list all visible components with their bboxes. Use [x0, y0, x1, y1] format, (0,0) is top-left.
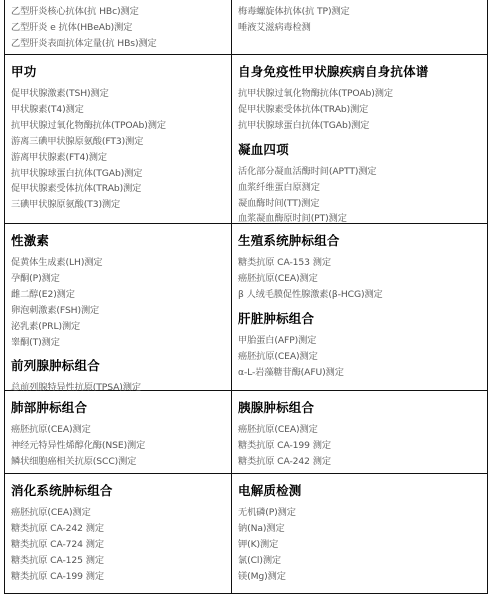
table-cell-pancreas-markers: 胰腺肿标组合 癌胚抗原(CEA)测定 糖类抗原 CA-199 测定 糖类抗原 C… [232, 391, 487, 473]
list-item: 游离三碘甲状腺原氨酸(FT3)测定 [11, 134, 225, 150]
list-item: β 人绒毛膜促性腺激素(β-HCG)测定 [238, 287, 481, 303]
list-item: 糖类抗原 CA-199 测定 [11, 569, 225, 585]
list-item: 促黄体生成素(LH)测定 [11, 255, 225, 271]
list-item: 钠(Na)测定 [238, 521, 481, 537]
section-heading: 电解质检测 [238, 482, 481, 500]
list-item: 氯(Cl)测定 [238, 553, 481, 569]
list-item: 糖类抗原 CA-242 测定 [11, 521, 225, 537]
list-item: 凝血酶时间(TT)测定 [238, 196, 481, 212]
section-heading: 凝血四项 [238, 141, 481, 159]
list-item: 乙型肝炎 e 抗体(HBeAb)测定 [11, 20, 225, 36]
list-item: 乙型肝炎表面抗体定量(抗 HBs)测定 [11, 36, 225, 52]
test-items-table: 乙型肝炎核心抗体(抗 HBc)测定 乙型肝炎 e 抗体(HBeAb)测定 乙型肝… [4, 0, 488, 594]
list-item: 神经元特异性烯醇化酶(NSE)测定 [11, 438, 225, 454]
section-heading: 性激素 [11, 232, 225, 250]
table-row: 肺部肿标组合 癌胚抗原(CEA)测定 神经元特异性烯醇化酶(NSE)测定 鳞状细… [5, 391, 487, 474]
list-item: 癌胚抗原(CEA)测定 [238, 422, 481, 438]
table-cell-syphilis-hiv: 梅毒螺旋体抗体(抗 TP)测定 唾液艾滋病毒检测 [232, 0, 487, 54]
list-item: 癌胚抗原(CEA)测定 [11, 505, 225, 521]
table-row: 消化系统肿标组合 癌胚抗原(CEA)测定 糖类抗原 CA-242 测定 糖类抗原… [5, 474, 487, 594]
list-item: 钾(K)测定 [238, 537, 481, 553]
list-item: 抗甲状腺球蛋白抗体(TGAb)测定 [238, 118, 481, 134]
table-row: 性激素 促黄体生成素(LH)测定 孕酮(P)测定 雌二醇(E2)测定 卵泡刺激素… [5, 224, 487, 391]
list-item: 唾液艾滋病毒检测 [238, 20, 481, 36]
list-item: 糖类抗原 CA-125 测定 [11, 553, 225, 569]
list-item: 无机磷(P)测定 [238, 505, 481, 521]
table-cell-reproductive-liver: 生殖系统肿标组合 糖类抗原 CA-153 测定 癌胚抗原(CEA)测定 β 人绒… [232, 224, 487, 390]
list-item: 促甲状腺激素(TSH)测定 [11, 86, 225, 102]
list-item: 癌胚抗原(CEA)测定 [238, 349, 481, 365]
list-item: 镁(Mg)测定 [238, 569, 481, 585]
section-heading: 肝脏肿标组合 [238, 310, 481, 328]
list-item: 卵泡刺激素(FSH)测定 [11, 303, 225, 319]
list-item: 癌胚抗原(CEA)测定 [11, 422, 225, 438]
list-item: 癌胚抗原(CEA)测定 [238, 271, 481, 287]
list-item: 抗甲状腺过氧化物酶抗体(TPOAb)测定 [238, 86, 481, 102]
list-item: 睾酮(T)测定 [11, 335, 225, 351]
section-heading: 消化系统肿标组合 [11, 482, 225, 500]
list-item: 促甲状腺素受体抗体(TRAb)测定 [238, 102, 481, 118]
section-heading: 自身免疫性甲状腺疾病自身抗体谱 [238, 63, 481, 81]
table-cell-thyroid-function: 甲功 促甲状腺激素(TSH)测定 甲状腺素(T4)测定 抗甲状腺过氧化物酶抗体(… [5, 55, 232, 223]
list-item: 抗甲状腺球蛋白抗体(TGAb)测定 [11, 166, 225, 182]
list-item: 糖类抗原 CA-153 测定 [238, 255, 481, 271]
section-heading: 肺部肿标组合 [11, 399, 225, 417]
section-heading: 生殖系统肿标组合 [238, 232, 481, 250]
list-item: 血浆纤维蛋白原测定 [238, 180, 481, 196]
table-cell-digestive-markers: 消化系统肿标组合 癌胚抗原(CEA)测定 糖类抗原 CA-242 测定 糖类抗原… [5, 474, 232, 593]
list-item: 糖类抗原 CA-242 测定 [238, 454, 481, 470]
table-cell-autoimmune-coagulation: 自身免疫性甲状腺疾病自身抗体谱 抗甲状腺过氧化物酶抗体(TPOAb)测定 促甲状… [232, 55, 487, 223]
section-heading: 甲功 [11, 63, 225, 81]
list-item: 甲胎蛋白(AFP)测定 [238, 333, 481, 349]
section-heading: 胰腺肿标组合 [238, 399, 481, 417]
table-cell-lung-markers: 肺部肿标组合 癌胚抗原(CEA)测定 神经元特异性烯醇化酶(NSE)测定 鳞状细… [5, 391, 232, 473]
table-cell-sex-hormones-prostate: 性激素 促黄体生成素(LH)测定 孕酮(P)测定 雌二醇(E2)测定 卵泡刺激素… [5, 224, 232, 390]
list-item: 雌二醇(E2)测定 [11, 287, 225, 303]
table-cell-hepatitis: 乙型肝炎核心抗体(抗 HBc)测定 乙型肝炎 e 抗体(HBeAb)测定 乙型肝… [5, 0, 232, 54]
list-item: 梅毒螺旋体抗体(抗 TP)测定 [238, 4, 481, 20]
list-item: 孕酮(P)测定 [11, 271, 225, 287]
list-item: 活化部分凝血活酶时间(APTT)测定 [238, 164, 481, 180]
table-row: 甲功 促甲状腺激素(TSH)测定 甲状腺素(T4)测定 抗甲状腺过氧化物酶抗体(… [5, 55, 487, 224]
list-item: 抗甲状腺过氧化物酶抗体(TPOAb)测定 [11, 118, 225, 134]
list-item: α-L-岩藻糖苷酶(AFU)测定 [238, 365, 481, 381]
list-item: 乙型肝炎核心抗体(抗 HBc)测定 [11, 4, 225, 20]
list-item: 游离甲状腺素(FT4)测定 [11, 150, 225, 166]
list-item: 糖类抗原 CA-199 测定 [238, 438, 481, 454]
list-item: 糖类抗原 CA-724 测定 [11, 537, 225, 553]
list-item: 促甲状腺素受体抗体(TRAb)测定 [11, 181, 225, 197]
table-row: 乙型肝炎核心抗体(抗 HBc)测定 乙型肝炎 e 抗体(HBeAb)测定 乙型肝… [5, 0, 487, 55]
list-item: 甲状腺素(T4)测定 [11, 102, 225, 118]
section-heading: 前列腺肿标组合 [11, 357, 225, 375]
table-cell-electrolytes: 电解质检测 无机磷(P)测定 钠(Na)测定 钾(K)测定 氯(Cl)测定 镁(… [232, 474, 487, 593]
list-item: 泌乳素(PRL)测定 [11, 319, 225, 335]
list-item: 三碘甲状腺原氨酸(T3)测定 [11, 197, 225, 213]
list-item: 鳞状细胞癌相关抗原(SCC)测定 [11, 454, 225, 470]
